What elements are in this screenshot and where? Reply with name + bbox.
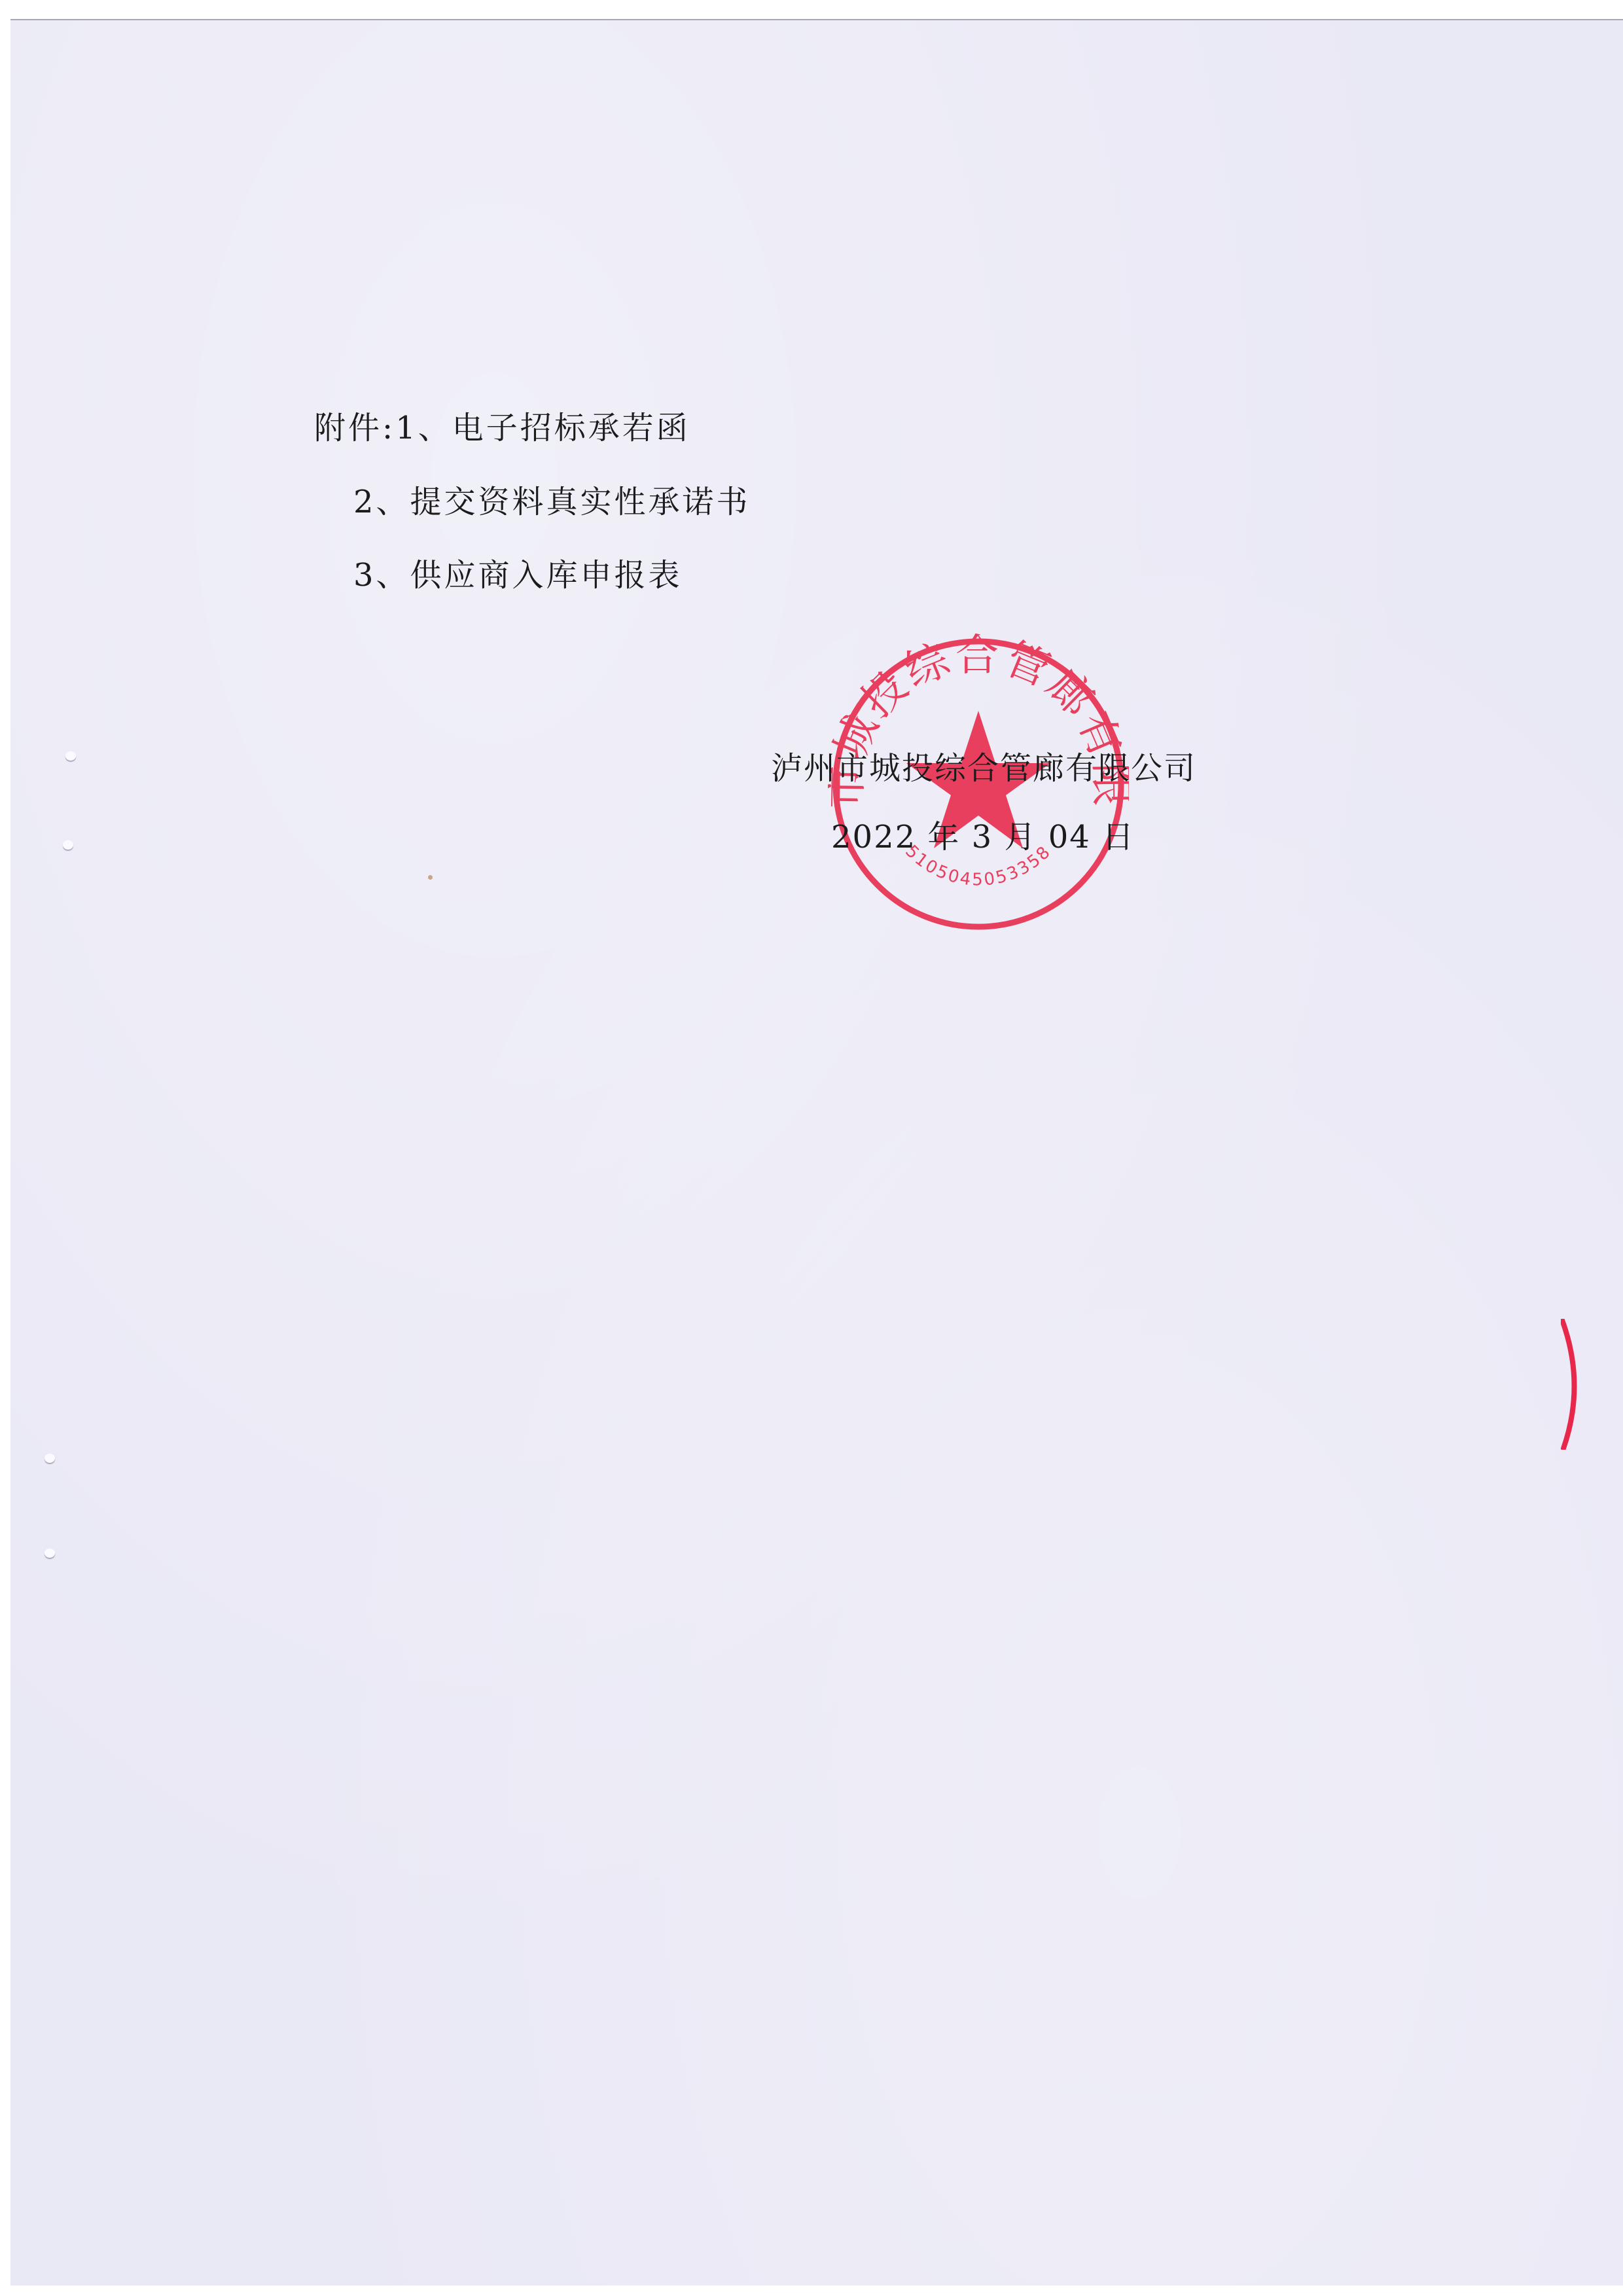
attachment-item-3: 3、供应商入库申报表 — [353, 550, 683, 595]
signature-company: 泸州市城投综合管廊有限公司 — [771, 743, 1196, 788]
attachment-text-1: 1、电子招标承若函 — [395, 410, 690, 446]
attachment-item-2: 2、提交资料真实性承诺书 — [353, 476, 751, 522]
document-body: 附件:1、电子招标承若函 2、提交资料真实性承诺书 3、供应商入库申报表 泸州市… — [0, 0, 1623, 2296]
attachment-item-1: 附件:1、电子招标承若函 — [314, 403, 690, 448]
signature-date: 2022 年 3 月 04 日 — [831, 812, 1135, 857]
paging-seal-fragment — [1561, 1319, 1587, 1450]
attachments-label: 附件: — [314, 410, 395, 446]
